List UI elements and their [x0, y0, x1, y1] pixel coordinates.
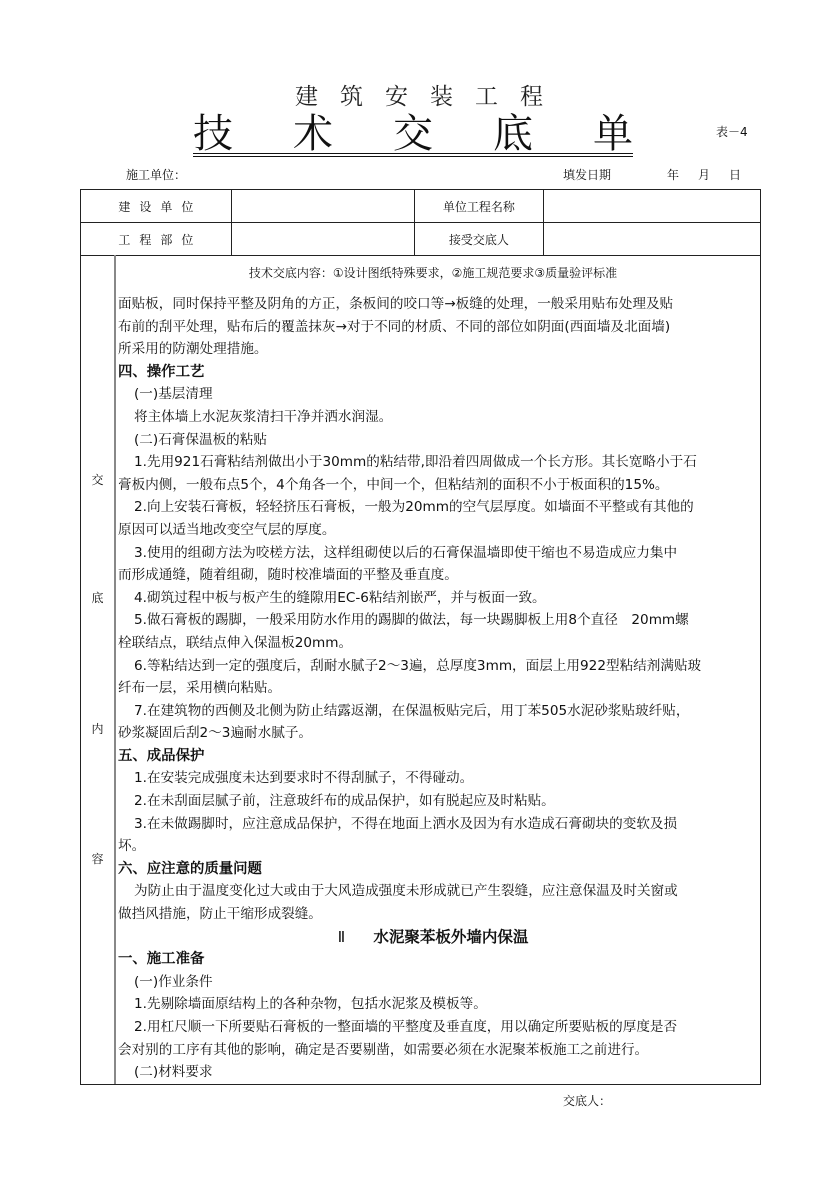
- content-line: 7.在建筑物的西侧及北侧为防止结露返潮，在保温板贴完后，用丁苯505水泥砂浆贴玻…: [118, 700, 748, 723]
- title-underline: [193, 153, 633, 157]
- issue-date-label: 填发日期: [563, 166, 611, 183]
- section-heading: 六、应注意的质量问题: [118, 858, 748, 881]
- issue-date-fields: 年 月 日: [667, 166, 741, 183]
- content-line: (一)作业条件: [118, 971, 748, 994]
- content-line: 2.用杠尺顺一下所要贴石膏板的一整面墙的平整度及垂直度，用以确定所要贴板的厚度是…: [118, 1016, 748, 1039]
- value-project-part[interactable]: [231, 223, 414, 256]
- value-recipient[interactable]: [544, 223, 761, 256]
- section-heading: 四、操作工艺: [118, 361, 748, 384]
- section-2-title: Ⅱ水泥聚苯板外墙内保温: [118, 926, 748, 949]
- side-label-char: 交: [81, 471, 114, 488]
- side-label-char: 底: [81, 589, 114, 606]
- document-title: 技 术 交 底 单: [193, 106, 633, 154]
- content-line: 5.做石膏板的踢脚，一般采用防水作用的踢脚的做法，每一块踢脚板上用8个直径 20…: [118, 609, 748, 632]
- label-unit-project-name: 单位工程名称: [414, 190, 544, 223]
- content-line: 3.使用的组砌方法为咬槎方法，这样组砌使以后的石膏保温墙即使干缩也不易造成应力集…: [118, 542, 748, 565]
- content-line: 4.砌筑过程中板与板产生的缝隙用EC-6粘结剂嵌严，并与板面一致。: [118, 587, 748, 610]
- content-line: 为防止由于温度变化过大或由于大风造成强度未形成就已产生裂缝，应注意保温及时关窗或: [118, 880, 748, 903]
- content-lines: 面贴板，同时保持平整及阴角的方正，条板间的咬口等→板缝的处理，一般采用贴布处理及…: [118, 293, 748, 926]
- title-char: 底: [493, 102, 533, 159]
- value-construction-unit[interactable]: [231, 190, 414, 223]
- content-line: 而形成通缝，随着组砌，随时校准墙面的平整及垂直度。: [118, 564, 748, 587]
- content-line: 布前的刮平处理，贴布后的覆盖抹灰→对于不同的材质、不同的部位如阴面(西面墙及北面…: [118, 316, 748, 339]
- form-number: 表－4: [716, 123, 748, 140]
- content-line: 所采用的防潮处理措施。: [118, 338, 748, 361]
- title-char: 技: [193, 102, 233, 159]
- content-line: 将主体墙上水泥灰浆清扫干净并洒水润湿。: [118, 406, 748, 429]
- signer-label: 交底人：: [563, 1092, 611, 1109]
- construction-unit-label: 施工单位：: [126, 166, 186, 183]
- content-box: 交 底 内 容 技术交底内容：①设计图纸特殊要求，②施工规范要求③质量验评标准 …: [80, 255, 761, 1085]
- content-line: 砂浆凝固后刮2～3遍耐水腻子。: [118, 722, 748, 745]
- info-table: 建设单位 单位工程名称 工程部位 接受交底人: [80, 189, 761, 256]
- label-construction-unit: 建设单位: [81, 190, 232, 223]
- title-char: 术: [293, 102, 333, 159]
- content-line: 2.在未刮面层腻子前，注意玻纤布的成品保护，如有脱起应及时粘贴。: [118, 790, 748, 813]
- content-line: 1.在安装完成强度未达到要求时不得刮腻子，不得碰动。: [118, 767, 748, 790]
- date-month: 月: [698, 166, 710, 183]
- side-label-column: 交 底 内 容: [81, 255, 116, 1084]
- value-unit-project-name[interactable]: [544, 190, 761, 223]
- content-line: 6.等粘结达到一定的强度后，刮耐水腻子2～3遍，总厚度3mm，面层上用922型粘…: [118, 655, 748, 678]
- content-line: 2.向上安装石膏板，轻轻挤压石膏板，一般为20mm的空气层厚度。如墙面不平整或有…: [118, 496, 748, 519]
- content-line: 膏板内侧，一般布点5个，4个角各一个，中间一个，但粘结剂的面积不小于板面积的15…: [118, 474, 748, 497]
- date-year: 年: [667, 166, 679, 183]
- content-line: (二)石膏保温板的粘贴: [118, 429, 748, 452]
- content-line: 栓联结点，联结点伸入保温板20mm。: [118, 632, 748, 655]
- title-char: 交: [393, 102, 433, 159]
- section-2-roman: Ⅱ: [338, 928, 346, 946]
- section-2-text: 水泥聚苯板外墙内保温: [373, 928, 528, 946]
- content-line: 3.在未做踢脚时，应注意成品保护，不得在地面上洒水及因为有水造成石膏砌块的变软及…: [118, 813, 748, 836]
- content-lines-2: 一、施工准备(一)作业条件1.先剔除墙面原结构上的各种杂物，包括水泥浆及模板等。…: [118, 948, 748, 1084]
- title-char: 单: [593, 102, 633, 159]
- content-heading: 技术交底内容：①设计图纸特殊要求，②施工规范要求③质量验评标准: [118, 255, 748, 293]
- content-line: 做挡风措施，防止干缩形成裂缝。: [118, 903, 748, 926]
- table-row: 建设单位 单位工程名称: [81, 190, 761, 223]
- date-day: 日: [729, 166, 741, 183]
- section-heading: 五、成品保护: [118, 745, 748, 768]
- side-label-char: 容: [81, 850, 114, 867]
- content-line: 坏。: [118, 835, 748, 858]
- content-body: 技术交底内容：①设计图纸特殊要求，②施工规范要求③质量验评标准 面贴板，同时保持…: [118, 255, 748, 1084]
- content-line: 原因可以适当地改变空气层的厚度。: [118, 519, 748, 542]
- content-line: (一)基层清理: [118, 383, 748, 406]
- content-line: 1.先用921石膏粘结剂做出小于30mm的粘结带,即沿着四周做成一个长方形。其长…: [118, 451, 748, 474]
- content-line: 面贴板，同时保持平整及阴角的方正，条板间的咬口等→板缝的处理，一般采用贴布处理及…: [118, 293, 748, 316]
- content-line: 会对别的工序有其他的影响，确定是否要剔凿，如需要必须在水泥聚苯板施工之前进行。: [118, 1039, 748, 1062]
- content-line: (二)材料要求: [118, 1061, 748, 1084]
- content-line: 1.先剔除墙面原结构上的各种杂物，包括水泥浆及模板等。: [118, 993, 748, 1016]
- label-recipient: 接受交底人: [414, 223, 544, 256]
- section-heading: 一、施工准备: [118, 948, 748, 971]
- side-label-char: 内: [81, 720, 114, 737]
- label-project-part: 工程部位: [81, 223, 232, 256]
- table-row: 工程部位 接受交底人: [81, 223, 761, 256]
- content-line: 纤布一层，采用横向粘贴。: [118, 677, 748, 700]
